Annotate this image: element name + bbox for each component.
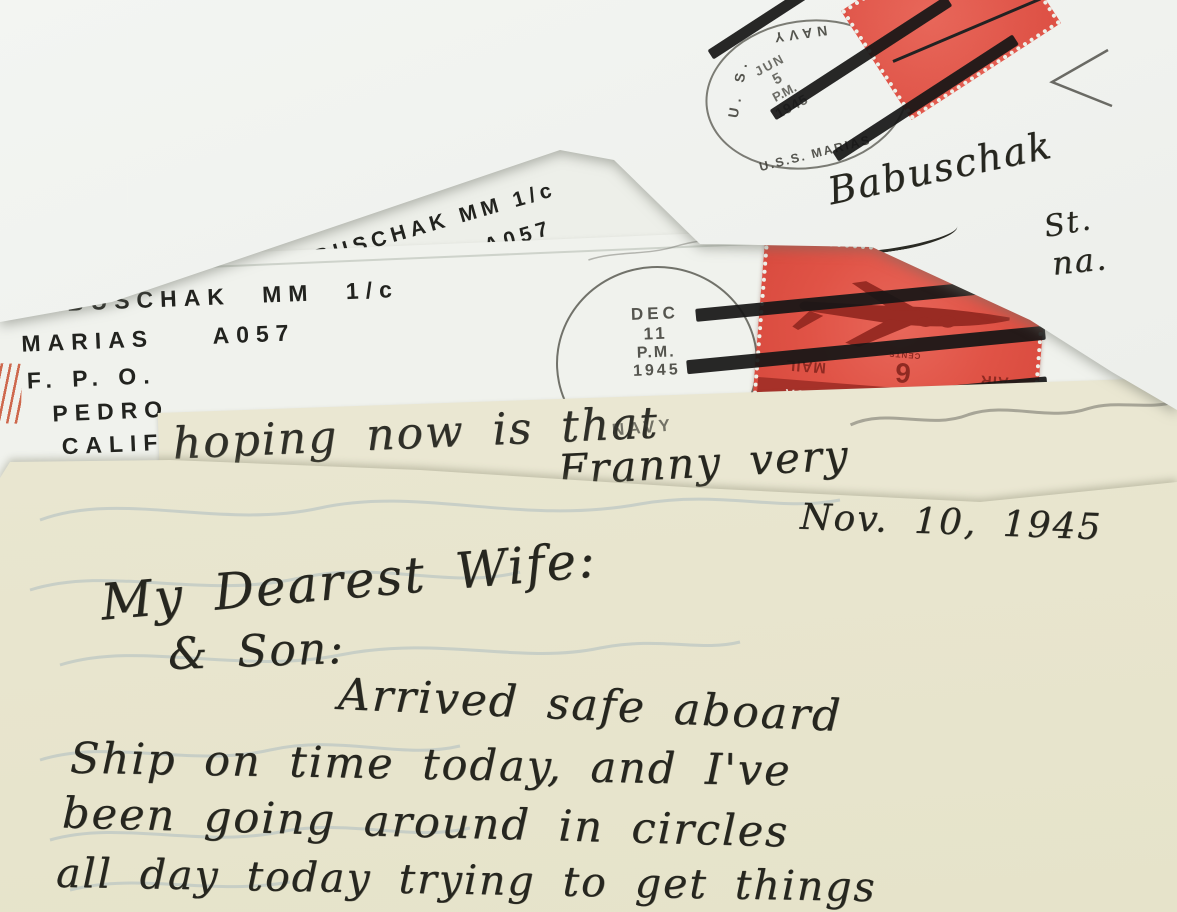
letter-body-line: all day today trying to get things	[56, 849, 877, 911]
letter-body-line: Arrived safe aboard	[337, 669, 843, 742]
airmail-border-stripes-icon	[0, 362, 22, 424]
letter-body-line: Ship on time today, and I've	[70, 734, 792, 797]
photo-scene: BABUSCHAK MM 1/c MARIAS A057 AS CO A. l …	[0, 0, 1177, 912]
address-line: BABUSCHAK MM 1/c	[19, 276, 399, 319]
pencil-squiggle	[585, 225, 756, 268]
cancel-scratch-line	[892, 0, 1040, 63]
faded-handwriting-squiggle	[848, 387, 1177, 438]
letter-salutation: & Son:	[167, 623, 346, 680]
pencil-check-mark	[1048, 46, 1118, 110]
stamp-denomination: 6 CENTS	[886, 349, 921, 387]
address-line: MARIAS A057	[21, 315, 401, 358]
letter-body-line: been going around in circles	[61, 788, 789, 857]
